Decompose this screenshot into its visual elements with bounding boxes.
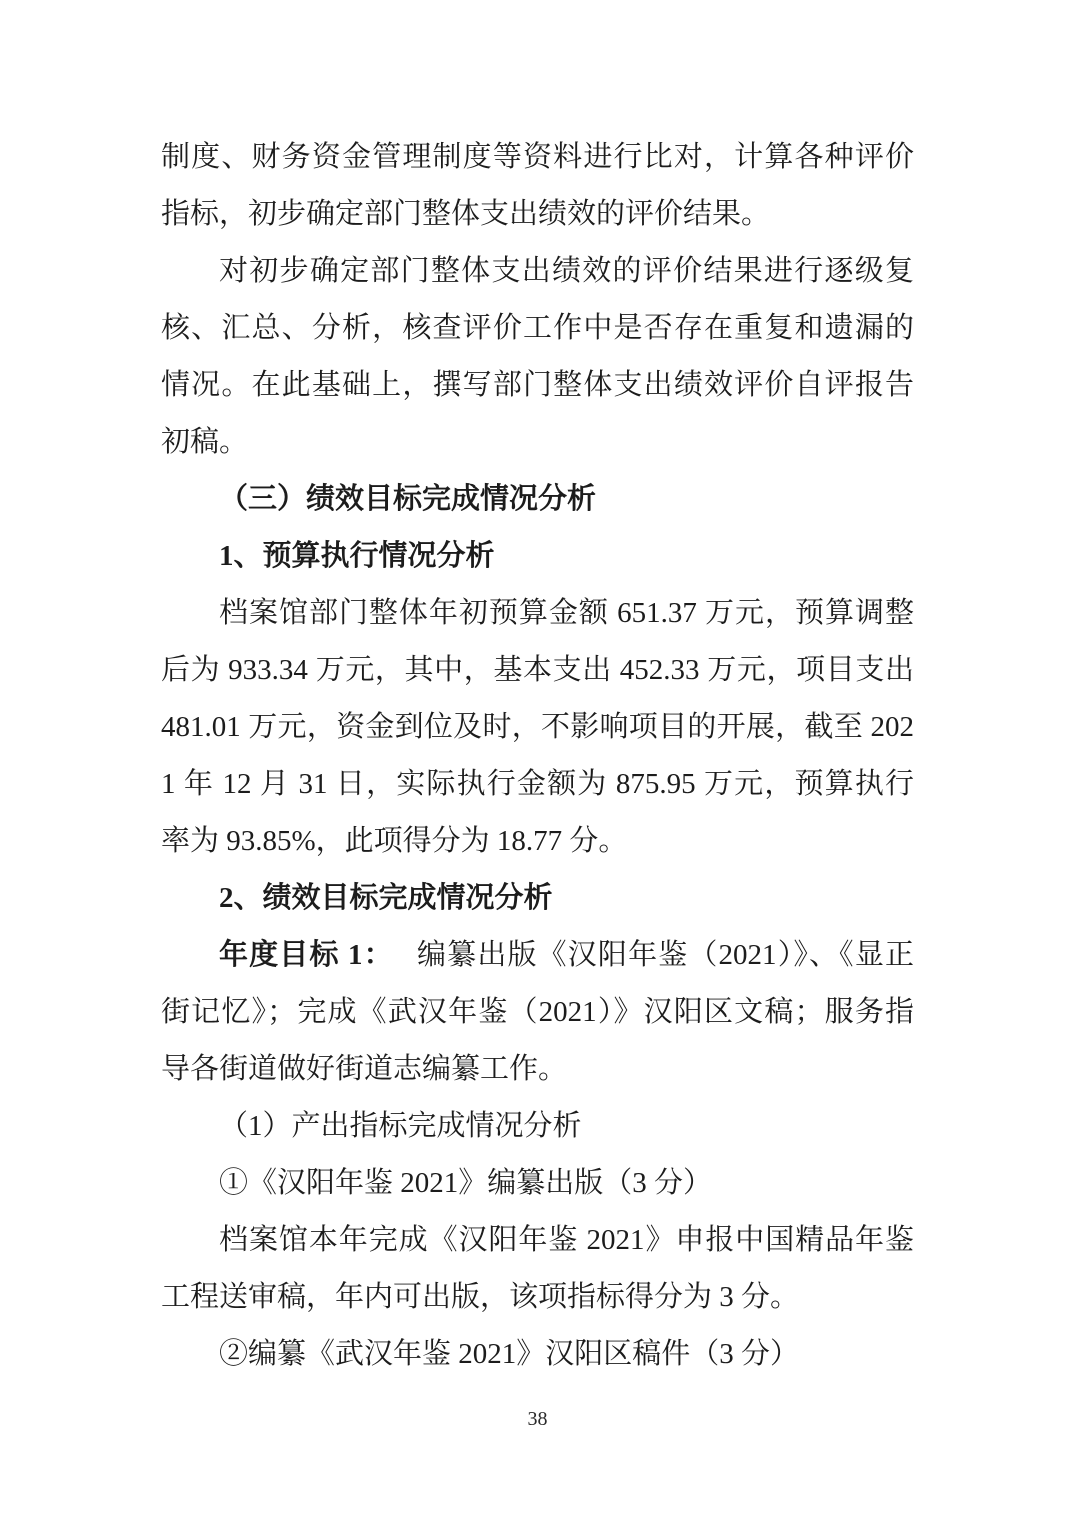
subsection-heading-budget-execution: 1、预算执行情况分析 xyxy=(161,528,914,585)
document-page: 制度、财务资金管理制度等资料进行比对，计算各种评价指标，初步确定部门整体支出绩效… xyxy=(0,0,1075,1521)
document-body: 制度、财务资金管理制度等资料进行比对，计算各种评价指标，初步确定部门整体支出绩效… xyxy=(161,129,914,1383)
subheading-output-indicator-analysis: （1）产出指标完成情况分析 xyxy=(161,1098,914,1155)
subsection-heading-goal-completion: 2、绩效目标完成情况分析 xyxy=(161,870,914,927)
paragraph-annual-goal-1: 年度目标 1：编纂出版《汉阳年鉴（2021）》、《显正街记忆》；完成《武汉年鉴（… xyxy=(161,927,914,1098)
annual-goal-label: 年度目标 1： xyxy=(219,939,394,971)
list-item-indicator-1: ①《汉阳年鉴 2021》编纂出版（3 分） xyxy=(161,1155,914,1212)
page-footer: 38 xyxy=(0,1409,1075,1430)
section-heading-performance-goal-analysis: （三）绩效目标完成情况分析 xyxy=(161,471,914,528)
paragraph-budget-figures: 档案馆部门整体年初预算金额 651.37 万元，预算调整后为 933.34 万元… xyxy=(161,585,914,870)
paragraph-review-process: 对初步确定部门整体支出绩效的评价结果进行逐级复核、汇总、分析，核查评价工作中是否… xyxy=(161,243,914,471)
list-item-indicator-2: ②编纂《武汉年鉴 2021》汉阳区稿件（3 分） xyxy=(161,1326,914,1383)
paragraph-continued-from-previous-page: 制度、财务资金管理制度等资料进行比对，计算各种评价指标，初步确定部门整体支出绩效… xyxy=(161,129,914,243)
page-number: 38 xyxy=(528,1408,548,1430)
paragraph-indicator-1-detail: 档案馆本年完成《汉阳年鉴 2021》申报中国精品年鉴工程送审稿，年内可出版，该项… xyxy=(161,1212,914,1326)
